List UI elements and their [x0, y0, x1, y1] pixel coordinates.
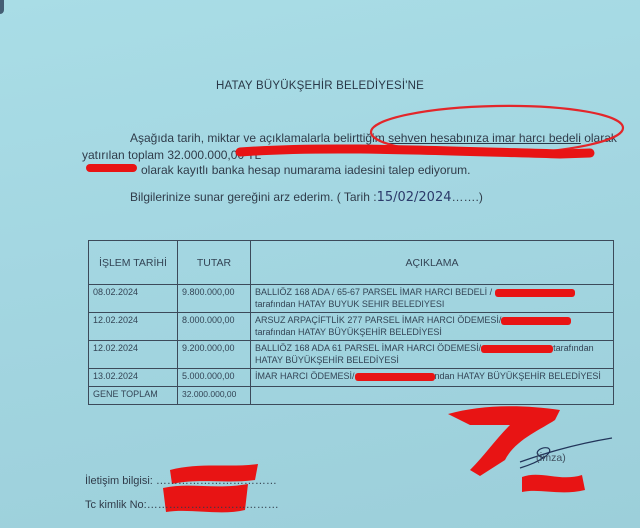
signature-label: (İmza) — [536, 452, 566, 464]
tc-number-label: Tc kimlik No:……………………………… — [85, 499, 279, 511]
signature-redaction — [448, 406, 560, 476]
table-row: 13.02.2024 5.000.000,00 İMAR HARCI ÖDEME… — [89, 369, 614, 387]
contact-info-label: İletişim bilgisi: …………………………… — [85, 475, 277, 487]
redacted-name — [481, 345, 553, 353]
redacted-name — [501, 317, 571, 325]
table-header-row: İŞLEM TARİHİ TUTAR AÇIKLAMA — [89, 241, 614, 285]
header-amount: TUTAR — [178, 241, 251, 285]
name-redaction — [522, 475, 585, 493]
signature-stroke — [520, 438, 612, 462]
header-date: İŞLEM TARİHİ — [89, 241, 178, 285]
header-description: AÇIKLAMA — [251, 241, 614, 285]
table-row: 12.02.2024 9.200.000,00 BALLIÖZ 168 ADA … — [89, 341, 614, 369]
redaction-scribble-line2 — [240, 149, 590, 154]
redacted-name — [495, 289, 575, 297]
table-total-row: GENE TOPLAM 32.000.000,00 — [89, 387, 614, 405]
transactions-table: İŞLEM TARİHİ TUTAR AÇIKLAMA 08.02.2024 9… — [88, 240, 614, 405]
redacted-name — [355, 373, 435, 381]
table-row: 12.02.2024 8.000.000,00 ARSUZ ARPAÇİFTLİ… — [89, 313, 614, 341]
table-row: 08.02.2024 9.800.000,00 BALLIÖZ 168 ADA … — [89, 285, 614, 313]
